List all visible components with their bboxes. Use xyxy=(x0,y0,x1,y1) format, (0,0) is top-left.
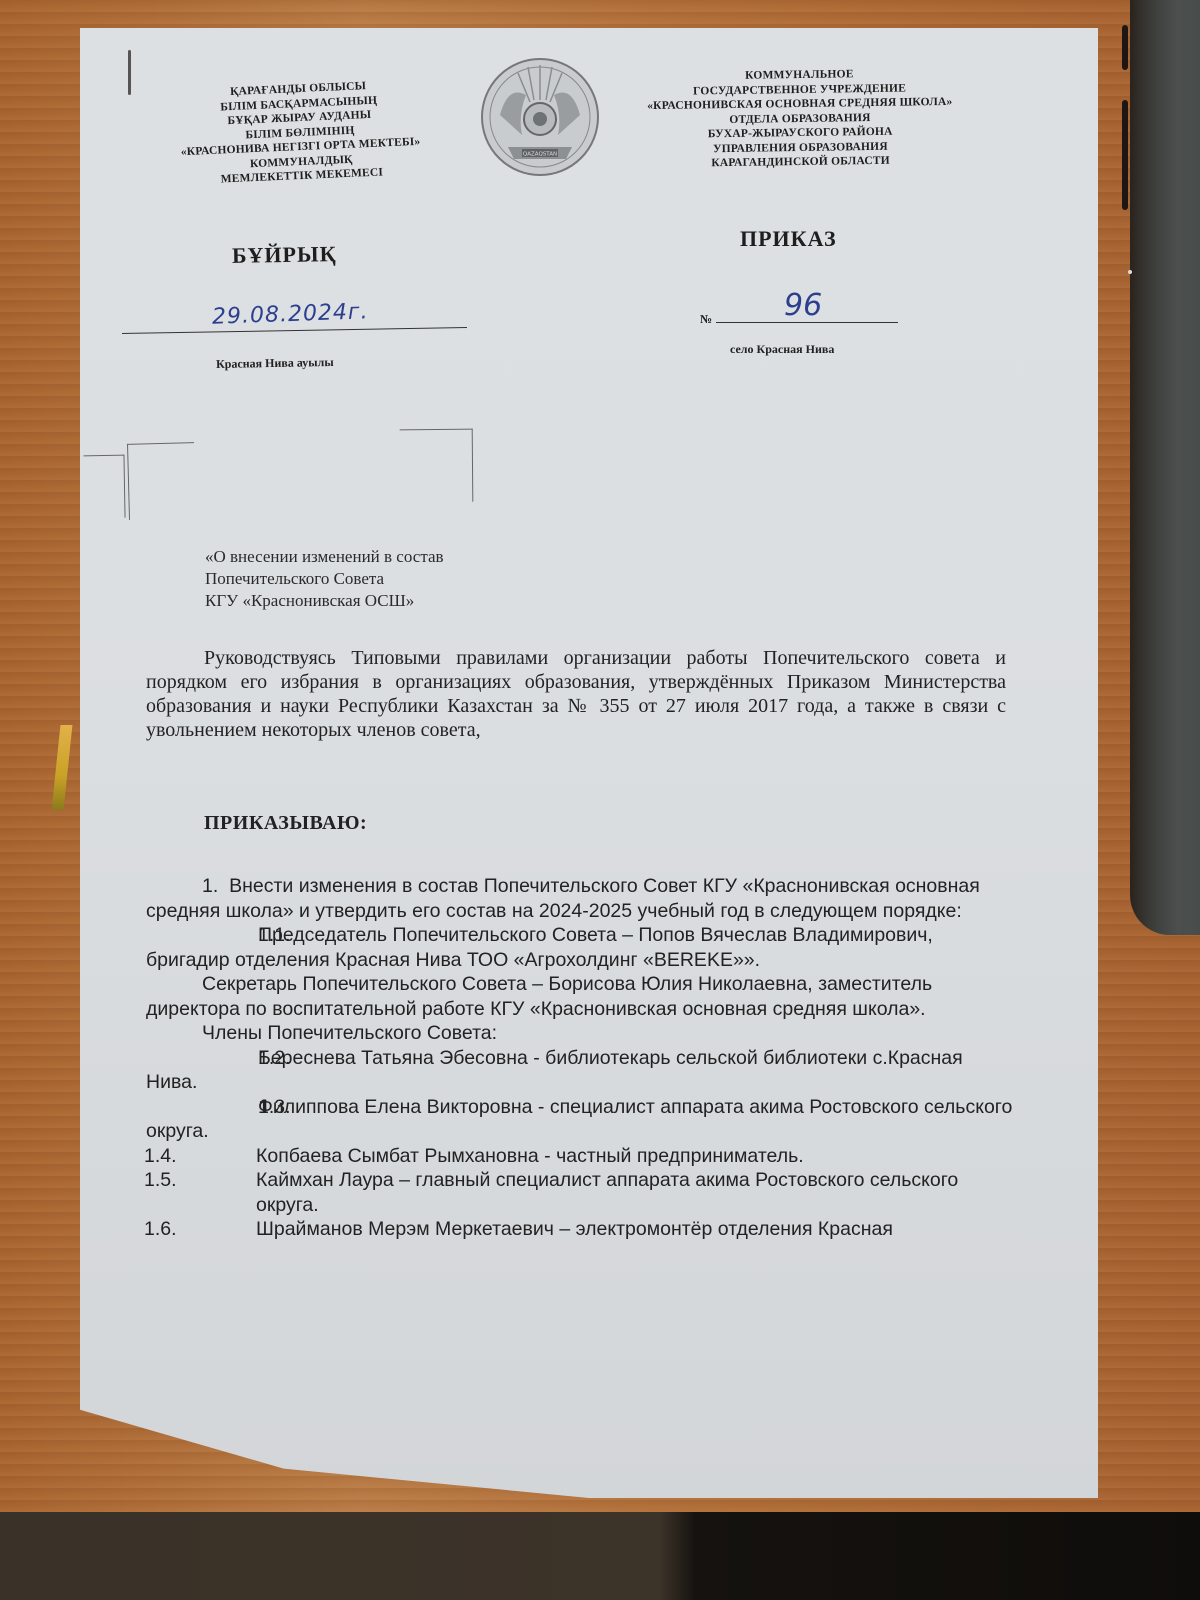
address-corner-mark xyxy=(400,429,474,503)
laptop-port xyxy=(1122,100,1128,210)
place-russian: село Красная Нива xyxy=(730,342,834,357)
address-corner-mark xyxy=(127,442,196,520)
item-text: Копбаева Сымбат Рымхановна - частный пре… xyxy=(256,1145,804,1167)
item-text: Председатель Попечительского Совета – По… xyxy=(146,924,933,971)
secretary-entry: Секретарь Попечительского Совета – Борис… xyxy=(146,972,1016,1021)
item-1-4: 1.4.Копбаева Сымбат Рымхановна - частный… xyxy=(146,1144,1016,1169)
staple-mark xyxy=(128,50,131,95)
order-heading: ПРИКАЗЫВАЮ: xyxy=(204,812,367,835)
order-subject: «О внесении изменений в состав Попечител… xyxy=(205,546,444,612)
header-kazakh: ҚАРАҒАНДЫ ОБЛЫСЫ БІЛІМ БАСҚАРМАСЫНЫҢ БҰҚ… xyxy=(148,76,452,190)
item-1-6: 1.6.Шрайманов Мерэм Меркетаевич – электр… xyxy=(146,1217,1016,1242)
item-number: 1.5. xyxy=(200,1168,256,1193)
item-text: Шрайманов Мерэм Меркетаевич – электромон… xyxy=(256,1218,893,1240)
item-number: 1. xyxy=(202,875,218,897)
address-corner-mark xyxy=(83,455,125,519)
item-number: 1.3. xyxy=(202,1095,258,1120)
subject-line: Попечительского Совета xyxy=(205,568,444,590)
subject-line: КГУ «Краснонивская ОСШ» xyxy=(205,590,444,612)
header-russian: КОММУНАЛЬНОЕ ГОСУДАРСТВЕННОЕ УЧРЕЖДЕНИЕ … xyxy=(609,65,990,172)
item-number: 1.4. xyxy=(200,1144,256,1169)
order-items: 1. Внести изменения в состав Попечительс… xyxy=(146,874,1016,1242)
item-1-2: 1.2.Береснева Татьяна Эбесовна - библиот… xyxy=(146,1046,1016,1095)
order-number-label: № xyxy=(700,312,712,327)
laptop-indicator-light xyxy=(1128,270,1132,274)
item-1-3: 1.3.Филиппова Елена Викторовна - специал… xyxy=(146,1095,1016,1144)
laptop-edge xyxy=(1130,0,1200,935)
item-1: 1. Внести изменения в состав Попечительс… xyxy=(146,874,1016,923)
svg-text:QAZAQSTAN: QAZAQSTAN xyxy=(523,152,557,158)
desk-edge xyxy=(0,1512,1200,1600)
item-number: 1.6. xyxy=(200,1217,256,1242)
item-1-5: 1.5.Каймхан Лаура – главный специалист а… xyxy=(146,1168,1016,1217)
item-text: Внести изменения в состав Попечительског… xyxy=(146,875,980,922)
item-number: 1.2. xyxy=(202,1046,258,1071)
laptop-port xyxy=(1122,25,1128,70)
number-underline xyxy=(716,322,898,323)
order-number-handwritten: 96 xyxy=(784,288,822,323)
subject-line: «О внесении изменений в состав xyxy=(205,546,444,568)
members-label: Члены Попечительского Совета: xyxy=(146,1021,1016,1046)
order-title-kazakh: БҰЙРЫҚ xyxy=(232,241,337,269)
item-text: Каймхан Лаура – главный специалист аппар… xyxy=(256,1169,958,1216)
state-emblem-icon: QAZAQSTAN xyxy=(478,55,602,179)
preamble-paragraph: Руководствуясь Типовыми правилами органи… xyxy=(146,646,1006,742)
place-kazakh: Красная Нива ауылы xyxy=(216,355,334,372)
order-title-russian: ПРИКАЗ xyxy=(740,226,837,252)
item-number: 1.1. xyxy=(202,923,258,948)
item-1-1: 1.1.Председатель Попечительского Совета … xyxy=(146,923,1016,972)
